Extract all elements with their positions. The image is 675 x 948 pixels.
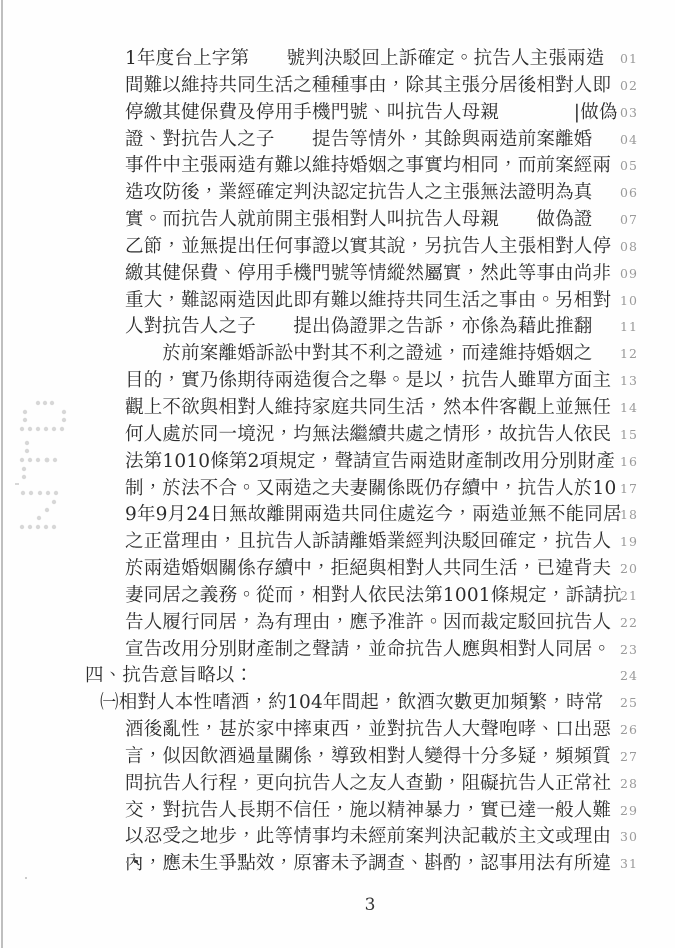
line-text: 問抗告人行程，更向抗告人之友人查勤，阻礙抗告人正常社 — [125, 771, 611, 798]
line-text: 實。而抗告人就前開主張相對人叫抗告人母親 做偽證 — [125, 207, 593, 234]
line-number: 01 — [620, 46, 648, 73]
line-number: 22 — [620, 610, 648, 637]
line-text: 9年9月24日無故離開兩造共同住處迄今，兩造並無不能同居 — [125, 502, 622, 529]
line-number: 25 — [620, 690, 648, 717]
line-text: 事件中主張兩造有難以維持婚姻之事實均相同，而前案經兩 — [125, 153, 611, 180]
scan-speck — [126, 861, 128, 863]
text-line: 實。而抗告人就前開主張相對人叫抗告人母親 做偽證07 — [0, 207, 675, 234]
line-number: 27 — [620, 744, 648, 771]
scan-speck — [134, 860, 138, 863]
text-line: 重大，難認兩造因此即有難以維持共同生活之事由。另相對10 — [0, 288, 675, 315]
line-number: 20 — [620, 556, 648, 583]
line-number: 08 — [620, 234, 648, 261]
text-line-section-heading: 四、抗告意旨略以：24 — [0, 663, 675, 690]
line-text: 1年度台上字第 號判決駁回上訴確定。抗告人主張兩造 — [125, 46, 604, 73]
text-line: 觀上不欲與相對人維持家庭共同生活，然本件客觀上並無任14 — [0, 395, 675, 422]
line-text: 造攻防後，業經確定判決認定抗告人之主張無法證明為真 — [125, 180, 593, 207]
line-text: 繳其健保費、停用手機門號等情縱然屬實，然此等事由尚非 — [125, 261, 611, 288]
scan-speck — [25, 877, 27, 879]
text-line: 酒後亂性，甚於家中摔東西，並對抗告人大聲咆哮、口出惡26 — [0, 717, 675, 744]
text-line: 事件中主張兩造有難以維持婚姻之事實均相同，而前案經兩05 — [0, 153, 675, 180]
line-number: 17 — [620, 476, 648, 503]
text-line: 人對抗告人之子 提出偽證罪之告訴，亦係為藉此推翻11 — [0, 314, 675, 341]
line-text: 告人履行同居，為有理由，應予准許。因而裁定駁回抗告人 — [125, 610, 611, 637]
text-line: 法第1010條第2項規定，聲請宣告兩造財產制改用分別財產16 — [0, 449, 675, 476]
line-number: 07 — [620, 207, 648, 234]
text-line: 間難以維持共同生活之種種事由，除其主張分居後相對人即02 — [0, 73, 675, 100]
line-text: 觀上不欲與相對人維持家庭共同生活，然本件客觀上並無任 — [125, 395, 611, 422]
line-number: 09 — [620, 261, 648, 288]
line-text: 酒後亂性，甚於家中摔東西，並對抗告人大聲咆哮、口出惡 — [125, 717, 611, 744]
text-line: 目的，實乃係期待兩造復合之舉。是以，抗告人雖單方面主13 — [0, 368, 675, 395]
text-line: 妻同居之義務。從而，相對人依民法第1001條規定，訴請抗21 — [0, 583, 675, 610]
text-line: 以忍受之地步，此等情事均未經前案判決記載於主文或理由30 — [0, 824, 675, 851]
line-number: 26 — [620, 717, 648, 744]
line-text: 人對抗告人之子 提出偽證罪之告訴，亦係為藉此推翻 — [125, 314, 593, 341]
line-text: 之正當理由，且抗告人訴請離婚業經判決駁回確定，抗告人 — [125, 529, 611, 556]
text-line: 1年度台上字第 號判決駁回上訴確定。抗告人主張兩造01 — [0, 46, 675, 73]
line-number: 21 — [620, 583, 648, 610]
text-line: 問抗告人行程，更向抗告人之友人查勤，阻礙抗告人正常社28 — [0, 771, 675, 798]
line-number: 02 — [620, 73, 648, 100]
text-line-subitem: ㈠相對人本性嗜酒，約104年間起，飲酒次數更加頻繁，時常25 — [0, 690, 675, 717]
line-number: 19 — [620, 529, 648, 556]
line-text: 以忍受之地步，此等情事均未經前案判決記載於主文或理由 — [125, 824, 611, 851]
ruling-text-block: 1年度台上字第 號判決駁回上訴確定。抗告人主張兩造01 間難以維持共同生活之種種… — [0, 46, 675, 878]
line-text: 宣告改用分別財產制之聲請，並命抗告人應與相對人同居。 — [125, 637, 611, 664]
text-line: 制，於法不合。又兩造之夫妻關係既仍存續中，抗告人於1017 — [0, 476, 675, 503]
line-text: 交，對抗告人長期不信任，施以精神暴力，實已達一般人難 — [125, 798, 611, 825]
text-line: 造攻防後，業經確定判決認定抗告人之主張無法證明為真06 — [0, 180, 675, 207]
line-number: 04 — [620, 127, 648, 154]
line-text: 於兩造婚姻關係存續中，拒絕與相對人共同生活，已違背夫 — [125, 556, 611, 583]
line-number: 29 — [620, 798, 648, 825]
line-text: 法第1010條第2項規定，聲請宣告兩造財產制改用分別財產 — [125, 449, 615, 476]
line-text: 內，應未生爭點效，原審未予調查、斟酌，認事用法有所違 — [125, 851, 611, 878]
line-number: 12 — [620, 341, 648, 368]
line-text: 於前案離婚訴訟中對其不利之證述，而達維持婚姻之 — [125, 341, 593, 368]
line-text: 制，於法不合。又兩造之夫妻關係既仍存續中，抗告人於10 — [125, 476, 616, 503]
text-line: 宣告改用分別財產制之聲請，並命抗告人應與相對人同居。23 — [0, 637, 675, 664]
line-number: 10 — [620, 288, 648, 315]
text-line: 9年9月24日無故離開兩造共同住處迄今，兩造並無不能同居18 — [0, 502, 675, 529]
line-text: 何人處於同一境況，均無法繼續共處之情形，故抗告人依民 — [125, 422, 611, 449]
line-number: 15 — [620, 422, 648, 449]
line-number: 03 — [620, 100, 648, 127]
text-line: 證、對抗告人之子 提告等情外，其餘與兩造前案離婚04 — [0, 127, 675, 154]
line-number: 24 — [620, 663, 648, 690]
text-line: 於前案離婚訴訟中對其不利之證述，而達維持婚姻之12 — [0, 341, 675, 368]
line-number: 30 — [620, 824, 648, 851]
line-number: 05 — [620, 153, 648, 180]
text-line: 交，對抗告人長期不信任，施以精神暴力，實已達一般人難29 — [0, 798, 675, 825]
text-line: 告人履行同居，為有理由，應予准許。因而裁定駁回抗告人22 — [0, 610, 675, 637]
line-text: ㈠相對人本性嗜酒，約104年間起，飲酒次數更加頻繁，時常 — [100, 690, 603, 717]
line-text: 四、抗告意旨略以： — [85, 663, 253, 690]
text-line: 言，似因飲酒過量關係，導致相對人變得十分多疑，頻頻質27 — [0, 744, 675, 771]
line-text: 證、對抗告人之子 提告等情外，其餘與兩造前案離婚 — [125, 127, 593, 154]
line-number: 23 — [620, 637, 648, 664]
text-line: 繳其健保費、停用手機門號等情縱然屬實，然此等事由尚非09 — [0, 261, 675, 288]
text-line: 內，應未生爭點效，原審未予調查、斟酌，認事用法有所違31 — [0, 851, 675, 878]
text-line: 之正當理由，且抗告人訴請離婚業經判決駁回確定，抗告人19 — [0, 529, 675, 556]
line-text: 目的，實乃係期待兩造復合之舉。是以，抗告人雖單方面主 — [125, 368, 611, 395]
line-number: 31 — [620, 851, 648, 878]
line-number: 13 — [620, 368, 648, 395]
line-number: 11 — [620, 314, 648, 341]
line-text: 間難以維持共同生活之種種事由，除其主張分居後相對人即 — [125, 73, 611, 100]
line-number: 06 — [620, 180, 648, 207]
line-text: 言，似因飲酒過量關係，導致相對人變得十分多疑，頻頻質 — [125, 744, 611, 771]
text-line: 停繳其健保費及停用手機門號、叫抗告人母親 |做偽03 — [0, 100, 675, 127]
line-text: 妻同居之義務。從而，相對人依民法第1001條規定，訴請抗 — [125, 583, 622, 610]
line-text: 重大，難認兩造因此即有難以維持共同生活之事由。另相對 — [125, 288, 611, 315]
text-line: 何人處於同一境況，均無法繼續共處之情形，故抗告人依民15 — [0, 422, 675, 449]
text-line: 乙節，並無提出任何事證以實其說，另抗告人主張相對人停08 — [0, 234, 675, 261]
line-number: 14 — [620, 395, 648, 422]
page-number: 3 — [0, 895, 675, 915]
line-number: 28 — [620, 771, 648, 798]
line-text: 乙節，並無提出任何事證以實其說，另抗告人主張相對人停 — [125, 234, 611, 261]
line-number: 16 — [620, 449, 648, 476]
text-line: 於兩造婚姻關係存續中，拒絕與相對人共同生活，已違背夫20 — [0, 556, 675, 583]
document-page: 1年度台上字第 號判決駁回上訴確定。抗告人主張兩造01 間難以維持共同生活之種種… — [0, 0, 675, 948]
line-number: 18 — [620, 502, 648, 529]
line-text: 停繳其健保費及停用手機門號、叫抗告人母親 |做偽 — [125, 100, 618, 127]
